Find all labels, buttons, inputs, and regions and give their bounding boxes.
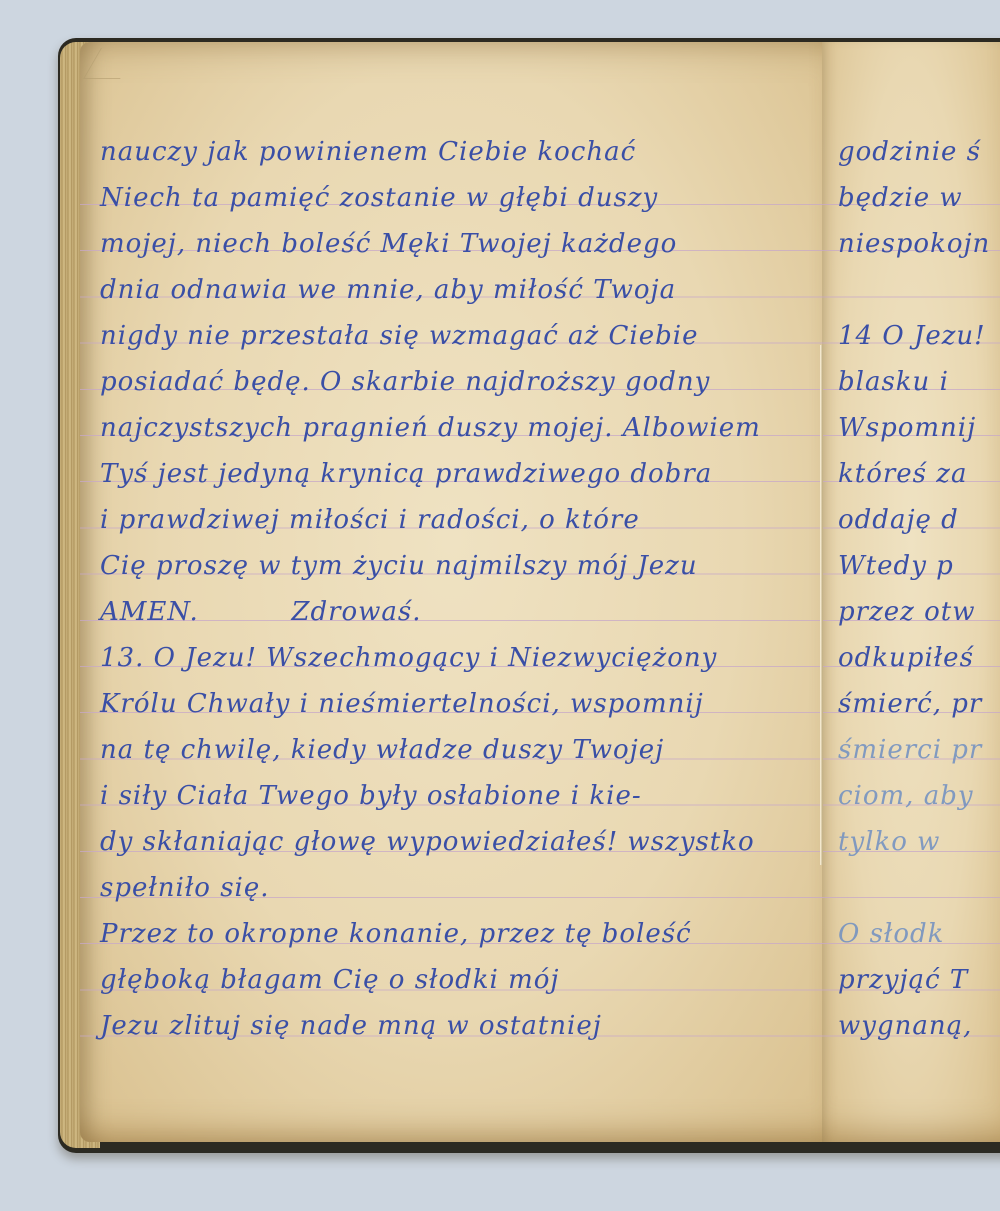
- text-line: Królu Chwały i nieśmiertelności, wspomni…: [100, 689, 800, 719]
- text-line: głęboką błagam Cię o słodki mój: [100, 965, 800, 995]
- text-line: któreś za: [838, 459, 967, 489]
- text-line: nigdy nie przestała się wzmagać aż Ciebi…: [100, 321, 800, 351]
- right-page: godzinie ś będzie w niespokojn 14 O Jezu…: [822, 42, 1000, 1142]
- prayer-13-heading: 13. O Jezu! Wszechmogący i Niezwyciężony: [100, 643, 800, 673]
- text-line: spełniło się.: [100, 873, 800, 903]
- text-line: śmierć, pr: [838, 689, 982, 719]
- text-line: i prawdziwej miłości i radości, o które: [100, 505, 800, 535]
- text-line: Przez to okropne konanie, przez tę boleś…: [100, 919, 800, 949]
- text-line: Jezu zlituj się nade mną w ostatniej: [100, 1011, 800, 1041]
- text-line: Wspomnij: [838, 413, 976, 443]
- text-line: Niech ta pamięć zostanie w głębi duszy: [100, 183, 800, 213]
- text-line: na tę chwilę, kiedy władze duszy Twojej: [100, 735, 800, 765]
- text-line-faded: tylko w: [838, 827, 940, 857]
- text-line-faded: O słodk: [838, 919, 944, 949]
- text-line: nauczy jak powinienem Ciebie kochać: [100, 137, 800, 167]
- text-line: Wtedy p: [838, 551, 954, 581]
- text-line: wygnaną,: [838, 1011, 972, 1041]
- text-line: mojej, niech boleść Męki Twojej każdego: [100, 229, 800, 259]
- text-line: Cię proszę w tym życiu najmilszy mój Jez…: [100, 551, 800, 581]
- text-line: przez otw: [838, 597, 975, 627]
- prayer-14-heading: 14 O Jezu!: [838, 321, 986, 351]
- text-line: niespokojn: [838, 229, 990, 259]
- text-line: godzinie ś: [838, 137, 981, 167]
- text-line: blasku i: [838, 367, 949, 397]
- text-line: najczystszych pragnień duszy mojej. Albo…: [100, 413, 800, 443]
- amen-heading: AMEN. Zdrowaś.: [100, 597, 800, 627]
- left-page: nauczy jak powinienem Ciebie kochać Niec…: [80, 42, 822, 1142]
- text-line: posiadać będę. O skarbie najdroższy godn…: [100, 367, 800, 397]
- text-line-faded: ciom, aby: [838, 781, 974, 811]
- text-line: przyjąć T: [838, 965, 968, 995]
- text-line: dy skłaniając głowę wypowiedziałeś! wszy…: [100, 827, 800, 857]
- text-line: odkupiłeś: [838, 643, 974, 673]
- text-line: dnia odnawia we mnie, aby miłość Twoja: [100, 275, 800, 305]
- text-line: oddaję d: [838, 505, 959, 535]
- text-line: będzie w: [838, 183, 963, 213]
- text-line: Tyś jest jedyną krynicą prawdziwego dobr…: [100, 459, 800, 489]
- page-crease: [820, 345, 823, 865]
- text-line: i siły Ciała Twego były osłabione i kie-: [100, 781, 800, 811]
- text-line-faded: śmierci pr: [838, 735, 982, 765]
